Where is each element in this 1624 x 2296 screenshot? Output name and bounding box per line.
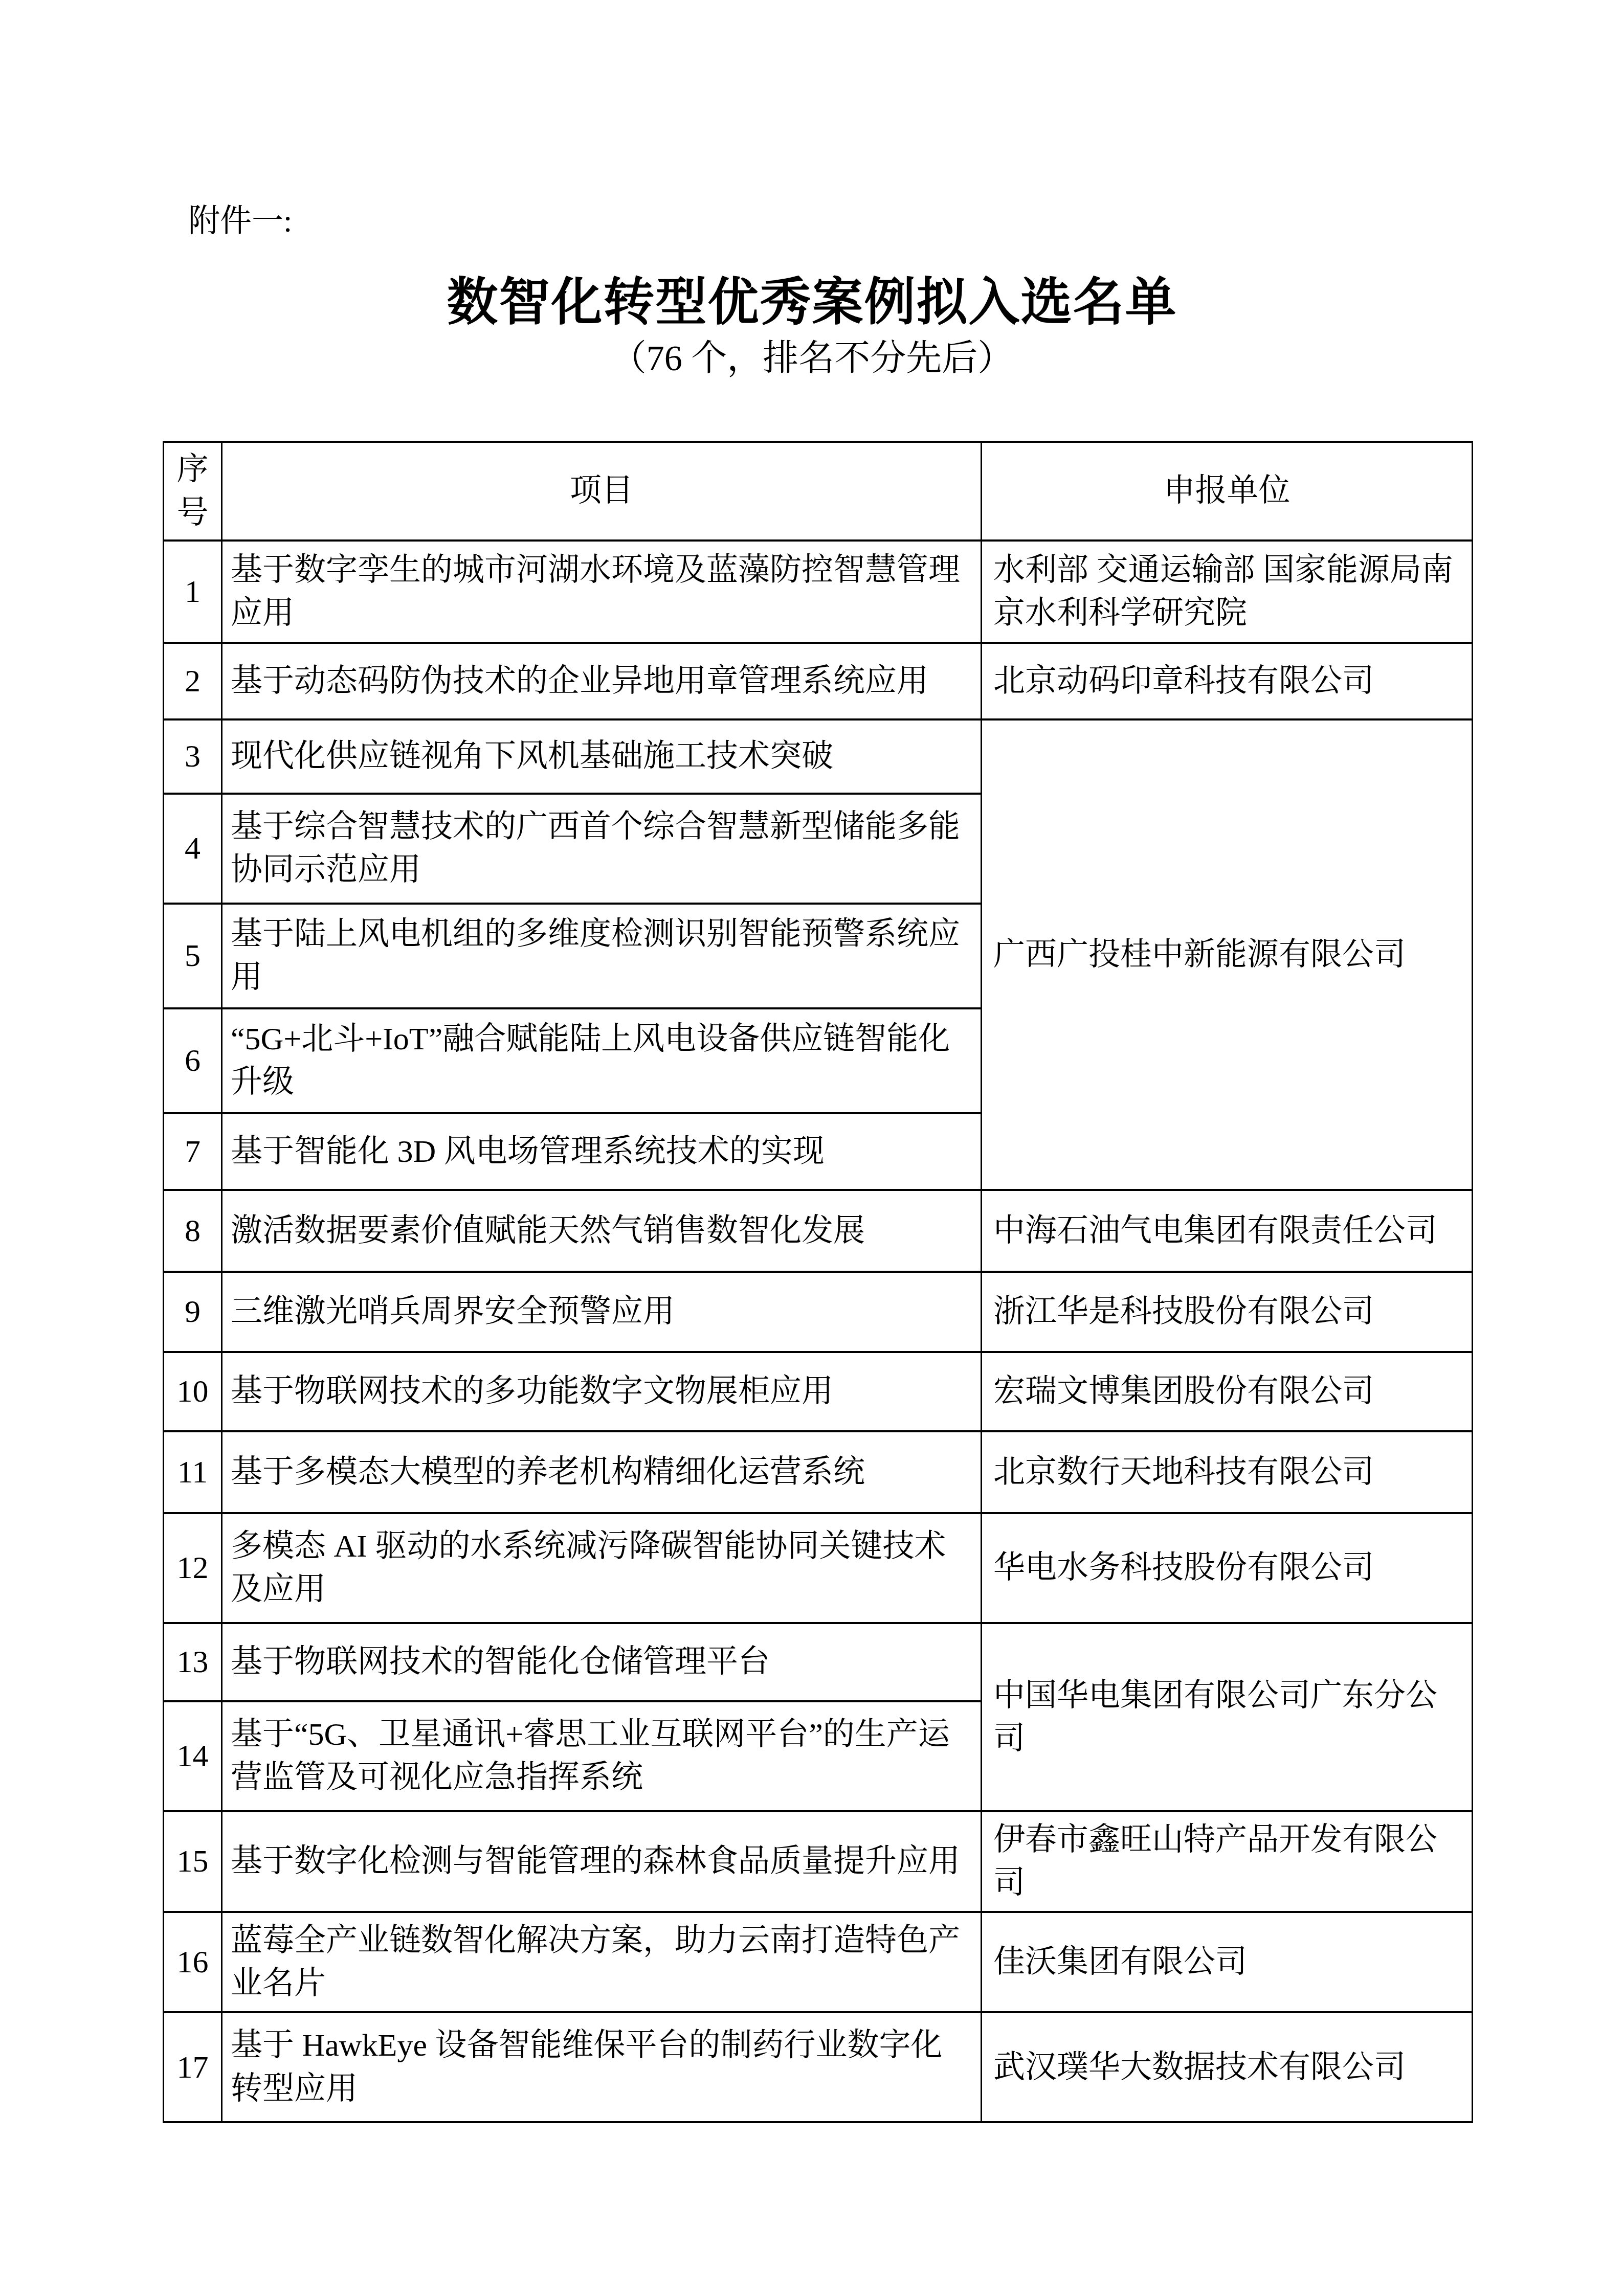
table-row: 1 基于数字孪生的城市河湖水环境及蓝藻防控智慧管理应用 水利部 交通运输部 国家… bbox=[164, 541, 1473, 643]
cell-project: 基于“5G、卫星通讯+睿思工业互联网平台”的生产运营监管及可视化应急指挥系统 bbox=[222, 1701, 982, 1811]
cell-org: 伊春市鑫旺山特产品开发有限公司 bbox=[982, 1811, 1473, 1912]
cell-project: “5G+北斗+IoT”融合赋能陆上风电设备供应链智能化升级 bbox=[222, 1008, 982, 1113]
cell-org: 北京数行天地科技有限公司 bbox=[982, 1431, 1473, 1513]
cell-no: 6 bbox=[164, 1008, 222, 1113]
table-row: 11 基于多模态大模型的养老机构精细化运营系统 北京数行天地科技有限公司 bbox=[164, 1431, 1473, 1513]
col-header-no: 序号 bbox=[164, 442, 222, 541]
cell-no: 12 bbox=[164, 1513, 222, 1623]
cell-org: 浙江华是科技股份有限公司 bbox=[982, 1272, 1473, 1352]
table-row: 10 基于物联网技术的多功能数字文物展柜应用 宏瑞文博集团股份有限公司 bbox=[164, 1352, 1473, 1431]
cell-org: 华电水务科技股份有限公司 bbox=[982, 1513, 1473, 1623]
cell-project: 基于物联网技术的多功能数字文物展柜应用 bbox=[222, 1352, 982, 1431]
document-page: 附件一: 数智化转型优秀案例拟入选名单 （76 个，排名不分先后） 序号 项目 … bbox=[0, 0, 1624, 2296]
cell-project: 基于陆上风电机组的多维度检测识别智能预警系统应用 bbox=[222, 904, 982, 1008]
table-row: 3 现代化供应链视角下风机基础施工技术突破 广西广投桂中新能源有限公司 bbox=[164, 719, 1473, 794]
cell-project: 基于智能化 3D 风电场管理系统技术的实现 bbox=[222, 1113, 982, 1190]
table-row: 16 蓝莓全产业链数智化解决方案，助力云南打造特色产业名片 佳沃集团有限公司 bbox=[164, 1912, 1473, 2013]
table-row: 12 多模态 AI 驱动的水系统减污降碳智能协同关键技术及应用 华电水务科技股份… bbox=[164, 1513, 1473, 1623]
table-row: 2 基于动态码防伪技术的企业异地用章管理系统应用 北京动码印章科技有限公司 bbox=[164, 643, 1473, 719]
cell-no: 15 bbox=[164, 1811, 222, 1912]
cell-project: 基于多模态大模型的养老机构精细化运营系统 bbox=[222, 1431, 982, 1513]
table-row: 8 激活数据要素价值赋能天然气销售数智化发展 中海石油气电集团有限责任公司 bbox=[164, 1190, 1473, 1272]
cell-no: 1 bbox=[164, 541, 222, 643]
cell-project: 激活数据要素价值赋能天然气销售数智化发展 bbox=[222, 1190, 982, 1272]
col-header-project: 项目 bbox=[222, 442, 982, 541]
cell-project: 基于综合智慧技术的广西首个综合智慧新型储能多能协同示范应用 bbox=[222, 794, 982, 904]
cell-org-merged: 广西广投桂中新能源有限公司 bbox=[982, 719, 1473, 1190]
cell-org: 武汉璞华大数据技术有限公司 bbox=[982, 2012, 1473, 2122]
cell-no: 2 bbox=[164, 643, 222, 719]
cell-no: 8 bbox=[164, 1190, 222, 1272]
table-row: 13 基于物联网技术的智能化仓储管理平台 中国华电集团有限公司广东分公司 bbox=[164, 1623, 1473, 1701]
cell-no: 11 bbox=[164, 1431, 222, 1513]
cell-no: 14 bbox=[164, 1701, 222, 1811]
page-title: 数智化转型优秀案例拟入选名单 bbox=[0, 271, 1624, 334]
cell-no: 7 bbox=[164, 1113, 222, 1190]
cell-project: 现代化供应链视角下风机基础施工技术突破 bbox=[222, 719, 982, 794]
cell-project: 基于动态码防伪技术的企业异地用章管理系统应用 bbox=[222, 643, 982, 719]
cell-org: 佳沃集团有限公司 bbox=[982, 1912, 1473, 2013]
cell-project: 蓝莓全产业链数智化解决方案，助力云南打造特色产业名片 bbox=[222, 1912, 982, 2013]
attachment-label: 附件一: bbox=[188, 0, 1624, 240]
cell-project: 基于数字孪生的城市河湖水环境及蓝藻防控智慧管理应用 bbox=[222, 541, 982, 643]
table-row: 9 三维激光哨兵周界安全预警应用 浙江华是科技股份有限公司 bbox=[164, 1272, 1473, 1352]
cell-project: 基于数字化检测与智能管理的森林食品质量提升应用 bbox=[222, 1811, 982, 1912]
table-row: 15 基于数字化检测与智能管理的森林食品质量提升应用 伊春市鑫旺山特产品开发有限… bbox=[164, 1811, 1473, 1912]
cell-no: 9 bbox=[164, 1272, 222, 1352]
col-header-org: 申报单位 bbox=[982, 442, 1473, 541]
cell-no: 4 bbox=[164, 794, 222, 904]
table-header-row: 序号 项目 申报单位 bbox=[164, 442, 1473, 541]
cell-no: 17 bbox=[164, 2012, 222, 2122]
table-row: 17 基于 HawkEye 设备智能维保平台的制药行业数字化转型应用 武汉璞华大… bbox=[164, 2012, 1473, 2122]
cell-no: 13 bbox=[164, 1623, 222, 1701]
cell-no: 5 bbox=[164, 904, 222, 1008]
cell-org: 水利部 交通运输部 国家能源局南京水利科学研究院 bbox=[982, 541, 1473, 643]
cell-project: 基于 HawkEye 设备智能维保平台的制药行业数字化转型应用 bbox=[222, 2012, 982, 2122]
cell-project: 三维激光哨兵周界安全预警应用 bbox=[222, 1272, 982, 1352]
cell-no: 3 bbox=[164, 719, 222, 794]
cell-no: 16 bbox=[164, 1912, 222, 2013]
cell-org-merged: 中国华电集团有限公司广东分公司 bbox=[982, 1623, 1473, 1811]
cell-no: 10 bbox=[164, 1352, 222, 1431]
page-subtitle: （76 个，排名不分先后） bbox=[0, 337, 1624, 380]
cell-org: 宏瑞文博集团股份有限公司 bbox=[982, 1352, 1473, 1431]
cell-org: 北京动码印章科技有限公司 bbox=[982, 643, 1473, 719]
cases-table: 序号 项目 申报单位 1 基于数字孪生的城市河湖水环境及蓝藻防控智慧管理应用 水… bbox=[163, 441, 1473, 2123]
cell-project: 基于物联网技术的智能化仓储管理平台 bbox=[222, 1623, 982, 1701]
cell-project: 多模态 AI 驱动的水系统减污降碳智能协同关键技术及应用 bbox=[222, 1513, 982, 1623]
cell-org: 中海石油气电集团有限责任公司 bbox=[982, 1190, 1473, 1272]
